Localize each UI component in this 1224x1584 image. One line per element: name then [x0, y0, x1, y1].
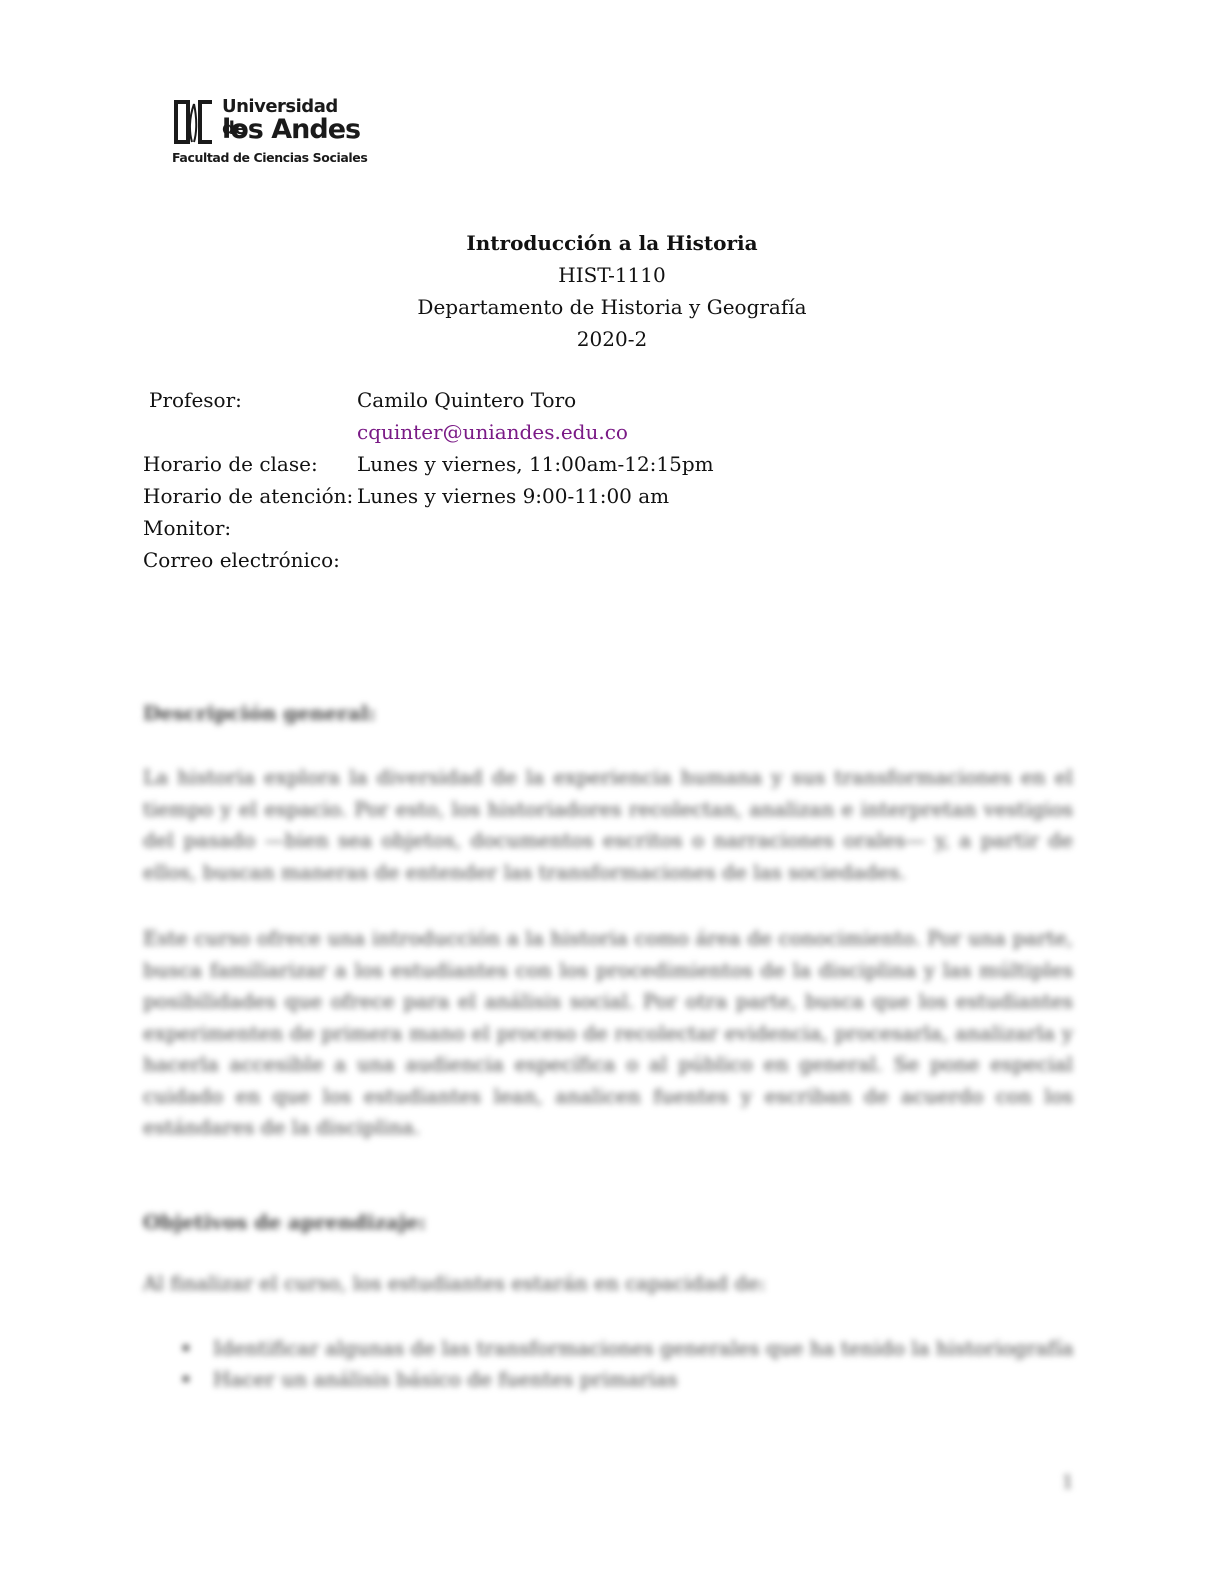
department-name: Departamento de Historia y Geografía	[0, 291, 1224, 323]
objectives-intro: Al finalizar el curso, los estudiantes e…	[143, 1268, 1073, 1300]
logo-line-2: los Andes	[222, 114, 360, 146]
office-hours-value: Lunes y viernes 9:00-11:00 am	[357, 480, 669, 512]
schedule-label: Horario de clase:	[143, 448, 318, 480]
description-paragraph-2: Este curso ofrece una introducción a la …	[143, 923, 1073, 1144]
academic-term: 2020-2	[0, 323, 1224, 355]
logo-faculty: Facultad de Ciencias Sociales	[172, 150, 367, 165]
objective-item: Hacer un análisis básico de fuentes prim…	[143, 1364, 1093, 1395]
description-paragraph-1: La historia explora la diversidad de la …	[143, 762, 1073, 888]
professor-email-link[interactable]: cquinter@uniandes.edu.co	[357, 416, 628, 448]
schedule-value: Lunes y viernes, 11:00am-12:15pm	[357, 448, 714, 480]
objectives-heading: Objetivos de aprendizaje:	[143, 1206, 426, 1238]
page-number: 1	[1062, 1472, 1073, 1493]
los-andes-logo-icon	[172, 98, 216, 146]
office-hours-label: Horario de atención:	[143, 480, 353, 512]
course-code: HIST-1110	[0, 259, 1224, 291]
professor-label: Profesor:	[149, 384, 242, 416]
university-logo: Universidad de los Andes Facultad de Cie…	[172, 96, 362, 168]
objectives-list: Identificar algunas de las transformacio…	[143, 1333, 1093, 1395]
objective-item: Identificar algunas de las transformacio…	[143, 1333, 1093, 1364]
professor-name: Camilo Quintero Toro	[357, 384, 576, 416]
monitor-email-label: Correo electrónico:	[143, 544, 340, 576]
description-heading: Descripción general:	[143, 697, 376, 729]
monitor-label: Monitor:	[143, 512, 231, 544]
course-title: Introducción a la Historia	[0, 227, 1224, 259]
